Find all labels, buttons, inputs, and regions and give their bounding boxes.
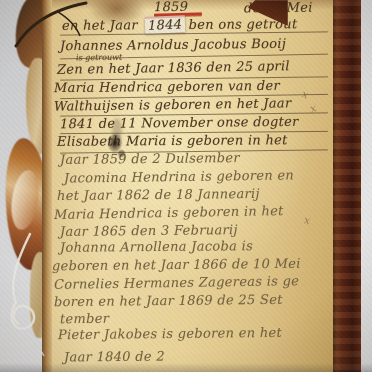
heading-line2-pre: en het Jaar	[62, 18, 142, 34]
photo-of-register-book: 1859 de 29 Mei en het Jaar 1844ben ons g…	[0, 0, 372, 372]
handwritten-line: Cornelies Hermanes Zagereas is ge	[54, 274, 299, 293]
handwritten-line: Walthuijsen is geboren en het Jaar	[54, 96, 292, 114]
handwritten-line: Maria Hendrica is geboren in het	[54, 204, 284, 223]
handwritten-line: Jaar 1865 den 3 Februarij	[60, 223, 238, 240]
handwritten-line: het Jaar 1862 de 18 Jannearij	[57, 187, 260, 204]
handwritten-line: tember	[60, 312, 109, 328]
book-cover-edge	[333, 0, 363, 372]
loose-thread	[2, 338, 44, 356]
register-page: 1859 de 29 Mei en het Jaar 1844ben ons g…	[52, 0, 334, 372]
cast-shadow	[0, 363, 372, 372]
ink-blot	[118, 150, 125, 157]
margin-scribble: x	[303, 214, 311, 228]
handwritten-line: geboren en het Jaar 1866 de 10 Mei	[52, 257, 301, 275]
handwritten-line: boren en het Jaar 1869 de 25 Set	[54, 293, 283, 310]
handwritten-line: Jaar 1859 de 2 Dulsember	[60, 151, 240, 168]
handwritten-line: Elisabeth Maria is geboren in het	[57, 133, 288, 150]
margin-scribble: x	[301, 87, 310, 101]
handwritten-line: Jacomina Hendrina is geboren en	[64, 168, 294, 186]
handwritten-line: Maria Hendrica geboren van der	[54, 79, 280, 96]
handwritten-line: Johannes Arnoldus Jacobus Booij	[60, 37, 286, 54]
interline-note: is getrouwt	[76, 53, 122, 62]
heading-line2: en het Jaar 1844ben ons getrout	[62, 15, 298, 34]
handwritten-line: Zen en het Jaar 1836 den 25 april	[57, 59, 290, 78]
handwritten-line: Johanna Arnollena Jacoba is	[60, 239, 253, 256]
handwritten-line: Pieter Jakobes is geboren en het	[58, 326, 282, 343]
year-correction-patch: 1844	[145, 15, 186, 34]
table-surface-right	[361, 0, 372, 372]
handwritten-line: 1841 de 11 November onse dogter	[60, 115, 299, 132]
